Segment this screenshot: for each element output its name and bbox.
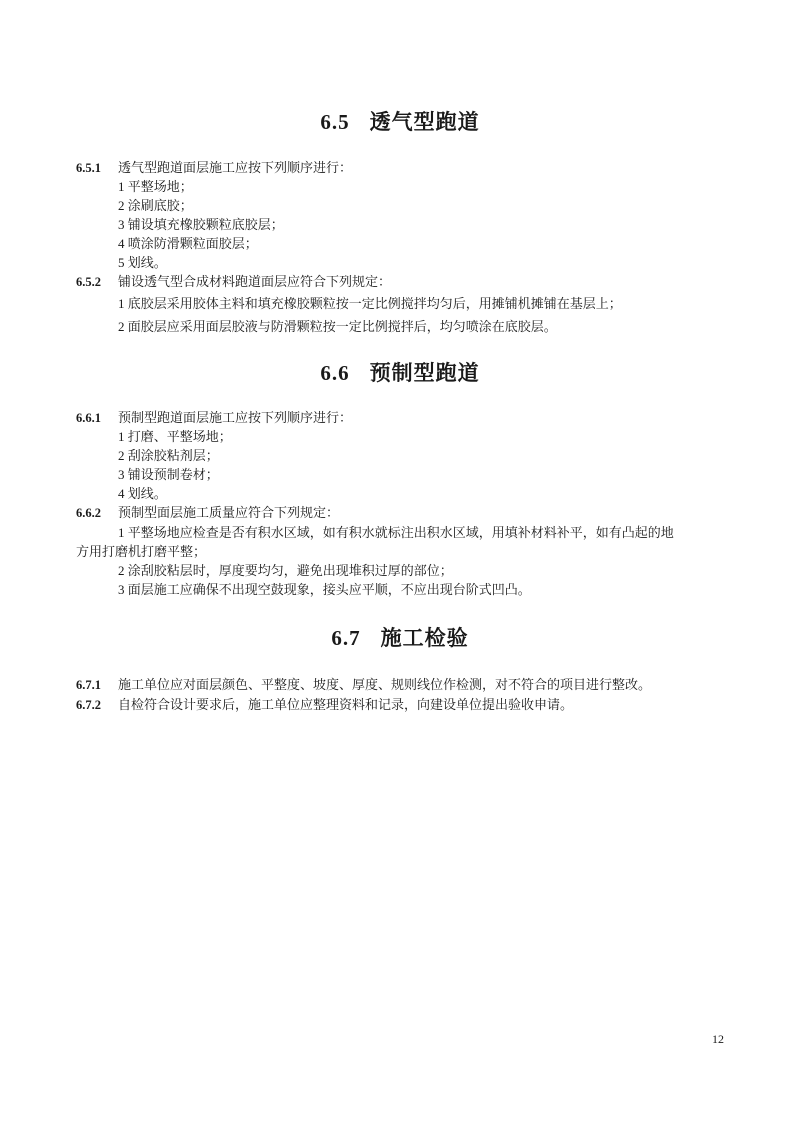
- section-title-text: 预制型跑道: [370, 361, 480, 385]
- clause-number: 6.5.2: [76, 274, 101, 290]
- section-title-text: 透气型跑道: [370, 110, 480, 134]
- list-item: 2 面胶层应采用面层胶液与防滑颗粒按一定比例搅拌后，均匀喷涂在底胶层。: [118, 319, 557, 335]
- list-item: 1 平整场地；: [118, 179, 193, 195]
- list-item: 1 平整场地应检查是否有积水区域，如有积水就标注出积水区域，用填补材料补平，如有…: [118, 525, 674, 541]
- list-item: 3 铺设预制卷材；: [118, 467, 219, 483]
- clause-number: 6.5.1: [76, 160, 101, 176]
- section-number: 6.5: [320, 110, 349, 134]
- clause-text: 透气型跑道面层施工应按下列顺序进行：: [118, 160, 352, 176]
- section-title-text: 施工检验: [381, 626, 469, 650]
- page-number: 12: [712, 1032, 724, 1047]
- clause-text: 自检符合设计要求后，施工单位应整理资料和记录，向建设单位提出验收申请。: [118, 697, 573, 713]
- clause-text: 铺设透气型合成材料跑道面层应符合下列规定：: [118, 274, 391, 290]
- section-heading-6-6: 6.6预制型跑道: [0, 357, 800, 387]
- list-item: 1 底胶层采用胶体主料和填充橡胶颗粒按一定比例搅拌均匀后，用摊铺机摊铺在基层上；: [118, 296, 622, 312]
- section-heading-6-7: 6.7施工检验: [0, 622, 800, 652]
- document-page: 6.5透气型跑道 6.5.1 透气型跑道面层施工应按下列顺序进行： 1 平整场地…: [0, 0, 800, 1131]
- list-item: 4 喷涂防滑颗粒面胶层；: [118, 236, 258, 252]
- clause-text: 预制型跑道面层施工应按下列顺序进行：: [118, 410, 352, 426]
- list-item: 3 铺设填充橡胶颗粒底胶层；: [118, 217, 284, 233]
- clause-number: 6.6.2: [76, 505, 101, 521]
- section-number: 6.6: [320, 361, 349, 385]
- list-item: 5 划线。: [118, 255, 167, 271]
- list-item: 4 划线。: [118, 486, 167, 502]
- list-item: 3 面层施工应确保不出现空鼓现象，接头应平顺，不应出现台阶式凹凸。: [118, 582, 531, 598]
- section-number: 6.7: [331, 626, 360, 650]
- clause-number: 6.6.1: [76, 410, 101, 426]
- list-item: 1 打磨、平整场地；: [118, 429, 232, 445]
- section-heading-6-5: 6.5透气型跑道: [0, 106, 800, 136]
- list-item: 2 涂刷底胶；: [118, 198, 193, 214]
- list-item-continuation: 方用打磨机打磨平整；: [76, 544, 206, 560]
- list-item: 2 刮涂胶粘剂层；: [118, 448, 219, 464]
- clause-number: 6.7.1: [76, 677, 101, 693]
- clause-number: 6.7.2: [76, 697, 101, 713]
- list-item: 2 涂刮胶粘层时，厚度要均匀，避免出现堆积过厚的部位；: [118, 563, 453, 579]
- clause-text: 预制型面层施工质量应符合下列规定：: [118, 505, 339, 521]
- clause-text: 施工单位应对面层颜色、平整度、坡度、厚度、规则线位作检测，对不符合的项目进行整改…: [118, 677, 651, 693]
